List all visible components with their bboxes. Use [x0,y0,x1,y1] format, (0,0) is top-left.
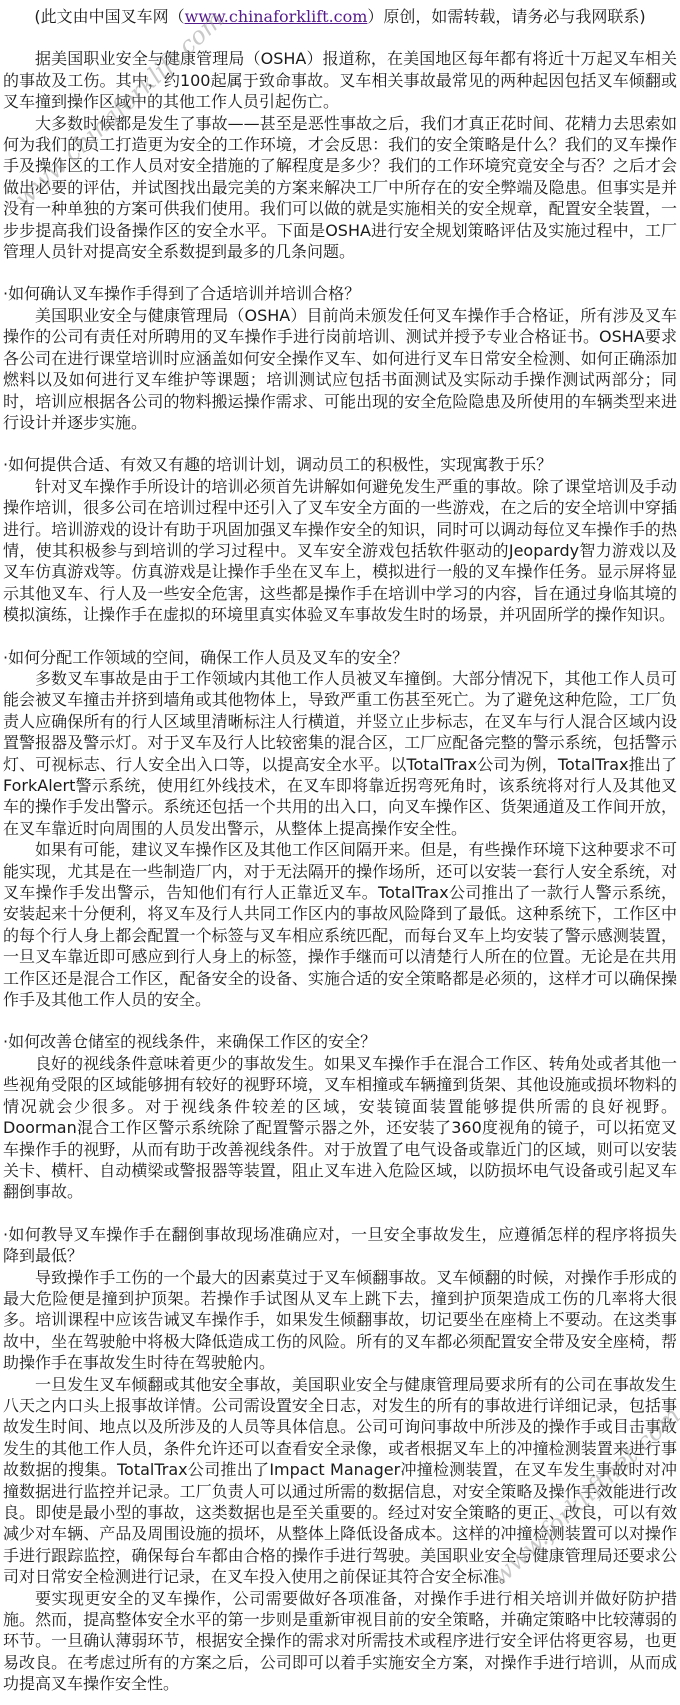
section-2-paragraph-1: 针对叉车操作手所设计的培训必须首先讲解如何避免发生严重的事故。除了课堂培训及手动… [3,476,677,626]
article-page: { "header": { "prefix": "(此文由中国叉车网（", "l… [0,0,680,1705]
header-suffix: ）原创，如需转载，请务必与我网联系) [367,7,645,26]
header-prefix: (此文由中国叉车网（ [34,7,184,26]
section-heading-training-program: ·如何提供合适、有效又有趣的培训计划，调动员工的积极性，实现寓教于乐？ [3,454,677,475]
section-3-paragraph-2: 如果有可能，建议叉车操作区及其他工作区间隔开来。但是，有些操作环境下这种要求不可… [3,839,677,1010]
copyright-header: (此文由中国叉车网（www.chinaforklift.com）原创，如需转载，… [3,6,677,27]
section-5-paragraph-1: 导致操作手工伤的一个最大的因素莫过于叉车倾翻事故。叉车倾翻的时候，对操作手形成的… [3,1267,677,1374]
intro-paragraph-2: 大多数时候都是发生了事故——甚至是恶性事故之后，我们才真正花时间、花精力去思索如… [3,113,677,263]
section-3-paragraph-1: 多数叉车事故是由于工作领域内其他工作人员被叉车撞倒。大部分情况下，其他工作人员可… [3,668,677,839]
intro-paragraph-1: 据美国职业安全与健康管理局（OSHA）报道称，在美国地区每年都有将近十万起叉车相… [3,48,677,112]
chinaforklift-link[interactable]: www.chinaforklift.com [185,7,368,26]
section-4-paragraph-1: 良好的视线条件意味着更少的事故发生。如果叉车操作手在混合工作区、转角处或者其他一… [3,1053,677,1203]
section-heading-workspace-allocation: ·如何分配工作领域的空间，确保工作人员及叉车的安全？ [3,647,677,668]
section-heading-visibility: ·如何改善仓储室的视线条件，来确保工作区的安全？ [3,1031,677,1052]
section-heading-tipover-response: ·如何教导叉车操作手在翻倒事故现场准确应对，一旦安全事故发生，应遵循怎样的程序将… [3,1224,677,1267]
section-1-paragraph-1: 美国职业安全与健康管理局（OSHA）目前尚未颁发任何叉车操作手合格证，所有涉及叉… [3,305,677,433]
section-5-paragraph-2: 一旦发生叉车倾翻或其他安全事故，美国职业安全与健康管理局要求所有的公司在事故发生… [3,1374,677,1588]
section-heading-training-qualification: ·如何确认叉车操作手得到了合适培训并培训合格？ [3,283,677,304]
section-5-paragraph-3: 要实现更安全的叉车操作，公司需要做好各项准备，对操作手进行相关培训并做好防护措施… [3,1588,677,1695]
